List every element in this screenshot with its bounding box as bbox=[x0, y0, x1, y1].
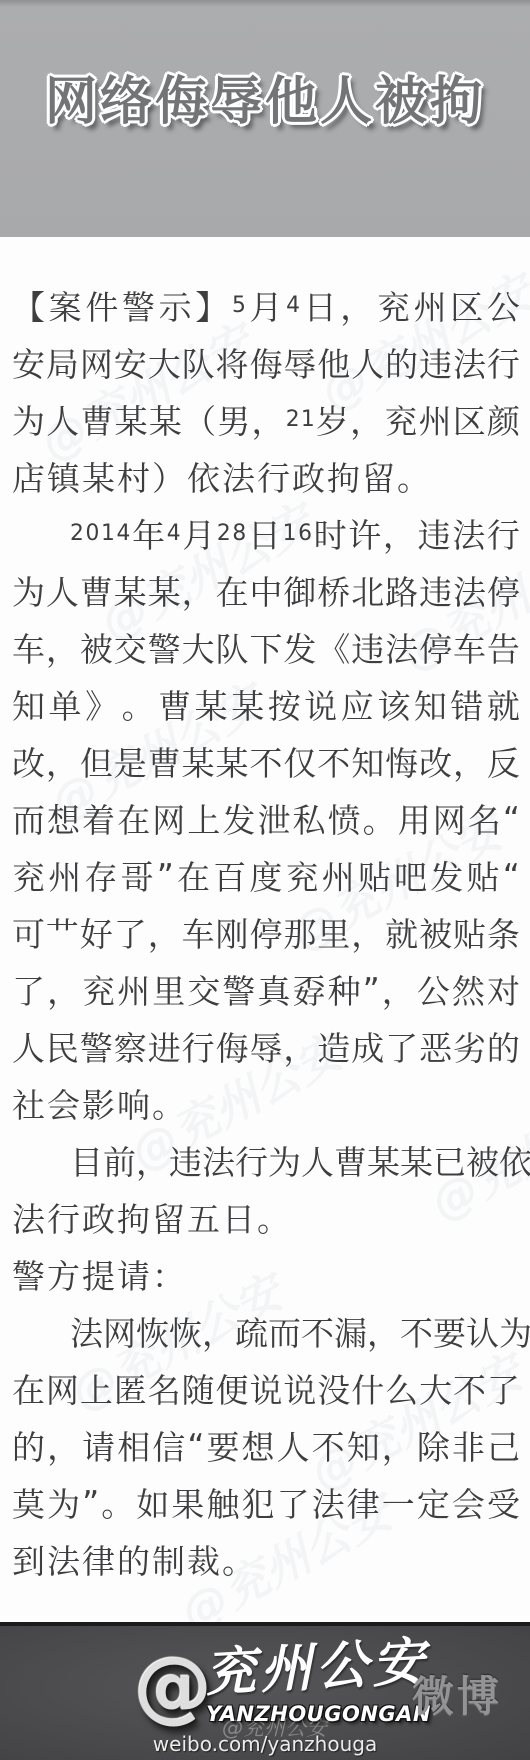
at-symbol-logo: @ bbox=[134, 1648, 212, 1726]
text-line: 法行政拘留五日。 bbox=[12, 1189, 520, 1246]
text-line: 店镇某村）依法行政拘留。 bbox=[12, 448, 520, 505]
text-line: 知单》。曹某某按说应该知错就 bbox=[12, 676, 520, 733]
footer-banner: @ 兖州公安 YANZHOUGONGAN @兖州公安 weibo.com/yan… bbox=[0, 1622, 530, 1760]
article-body: @兖州公安@兖州公安@兖州公安@兖州公安@兖州公安@兖州公安@兖州公安@兖州公安… bbox=[0, 237, 530, 1622]
text-line: 为人曹某某（男，21岁，兖州区颜 bbox=[12, 391, 520, 448]
text-line: 【案件警示】5月4日，兖州区公 bbox=[12, 277, 520, 334]
text-line: 安局网安大队将侮辱他人的违法行 bbox=[12, 334, 520, 391]
text-line: 车，被交警大队下发《违法停车告 bbox=[12, 619, 520, 676]
poster-title: 网络侮辱他人被拘 bbox=[45, 0, 485, 128]
weibo-poster: 网络侮辱他人被拘 @兖州公安@兖州公安@兖州公安@兖州公安@兖州公安@兖州公安@… bbox=[0, 0, 530, 1760]
text-line: 2014年4月28日16时许，违法行 bbox=[12, 505, 520, 562]
text-line: 为人曹某某，在中御桥北路违法停 bbox=[12, 562, 520, 619]
text-line: 警方提请： bbox=[12, 1246, 520, 1303]
text-line: 社会影响。 bbox=[12, 1075, 520, 1132]
text-line: 兖州存哥”在百度兖州贴吧发贴“ bbox=[12, 847, 520, 904]
text-line: 的，请相信“要想人不知，除非己 bbox=[12, 1417, 520, 1474]
text-line: 改，但是曹某某不仅不知悔改，反 bbox=[12, 733, 520, 790]
text-line: 目前，违法行为人曹某某已被依 bbox=[12, 1132, 520, 1189]
text-line: 法网恢恢，疏而不漏，不要认为 bbox=[12, 1303, 520, 1360]
text-line: 莫为”。如果触犯了法律一定会受 bbox=[12, 1474, 520, 1531]
text-line: 人民警察进行侮辱，造成了恶劣的 bbox=[12, 1018, 520, 1075]
poster-header: 网络侮辱他人被拘 bbox=[0, 0, 530, 237]
weibo-wordmark: 微博 bbox=[412, 1676, 502, 1718]
text-line: 了，兖州里交警真孬种”，公然对 bbox=[12, 961, 520, 1018]
text-line: 在网上匿名随便说说没什么大不了 bbox=[12, 1360, 520, 1417]
account-name-chinese: 兖州公安 bbox=[203, 1636, 429, 1700]
text-line: 可艹好了，车刚停那里，就被贴条 bbox=[12, 904, 520, 961]
text-line: 而想着在网上发泄私愤。用网名“ bbox=[12, 790, 520, 847]
article-text: 【案件警示】5月4日，兖州区公安局网安大队将侮辱他人的违法行为人曹某某（男，21… bbox=[12, 277, 520, 1588]
text-line: 到法律的制裁。 bbox=[12, 1531, 520, 1588]
weibo-url: weibo.com/yanzhouga bbox=[153, 1734, 377, 1754]
